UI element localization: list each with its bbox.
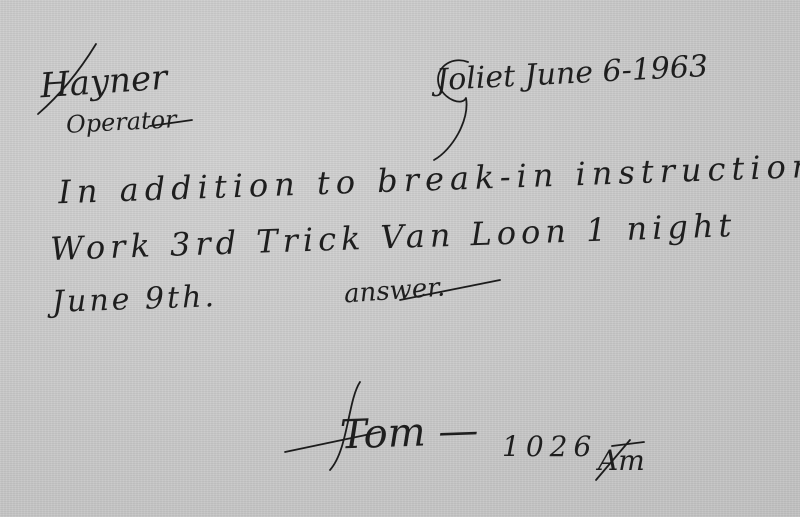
signature-crossbar (285, 432, 380, 452)
role-underline (150, 120, 192, 126)
ink-flourishes (0, 0, 800, 517)
answer-stroke (400, 280, 500, 300)
signature-stem (330, 382, 360, 470)
addressee-flourish (38, 44, 96, 114)
note-paper: Hayner Operator Joliet June 6-1963 In ad… (0, 0, 800, 517)
joliet-loop (434, 60, 468, 160)
